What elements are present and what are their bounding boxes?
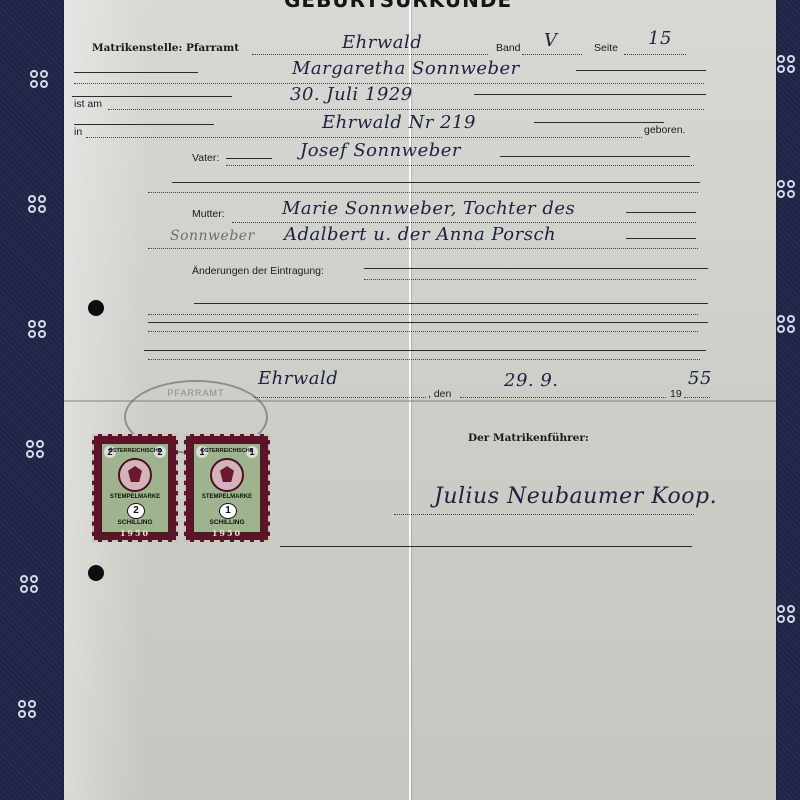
label-ist-am: ist am [74, 98, 102, 110]
certificate-paper: GEBURTSURKUNDE Matrikenstelle: Pfarramt … [64, 0, 776, 800]
flower-pattern-icon [777, 605, 799, 627]
flower-pattern-icon [777, 180, 799, 202]
strike-line [626, 212, 696, 213]
field-birth-date: 30. Juli 1929 [290, 84, 413, 105]
field-line [148, 248, 698, 249]
field-line [364, 279, 696, 280]
strike-line [74, 72, 198, 73]
field-line [86, 137, 642, 138]
flower-pattern-icon [20, 575, 42, 597]
strike-line [194, 303, 708, 304]
field-line [522, 54, 582, 55]
strike-line [74, 124, 214, 125]
austrian-eagle-icon [118, 458, 152, 492]
label-mutter: Mutter: [192, 208, 225, 220]
label-band: Band [496, 42, 521, 54]
strike-line [534, 122, 664, 123]
field-line [148, 314, 698, 315]
field-seite: 15 [648, 28, 672, 49]
seal-text: PFARRAMT [126, 388, 266, 398]
field-line [684, 397, 710, 398]
field-issue-place: Ehrwald [258, 368, 338, 389]
strike-line [364, 268, 708, 269]
signature-line [394, 514, 694, 515]
field-issue-day-month: 29. 9. [504, 370, 559, 391]
revenue-stamp-1-schilling: 1 1 ÖSTERREICHISCHE STEMPELMARKE 1 SCHIL… [184, 434, 270, 542]
bottom-rule [280, 546, 692, 547]
field-vater: Josef Sonnweber [300, 140, 461, 161]
strike-line [72, 96, 232, 97]
label-den: , den [428, 388, 451, 400]
strike-line [226, 158, 272, 159]
flower-pattern-icon [28, 195, 50, 217]
flower-pattern-icon [28, 320, 50, 342]
field-mutter-line2: Adalbert u. der Anna Porsch [284, 224, 556, 245]
label-geboren: geboren. [644, 124, 685, 136]
punch-hole [88, 565, 104, 581]
flower-pattern-icon [30, 70, 52, 92]
field-line [148, 331, 698, 332]
field-line [148, 192, 698, 193]
strike-line [148, 322, 708, 323]
field-birth-place: Ehrwald Nr 219 [322, 112, 476, 133]
field-line [148, 359, 700, 360]
strike-line [626, 238, 696, 239]
field-issue-year: 55 [688, 368, 712, 389]
austrian-eagle-icon [210, 458, 244, 492]
revenue-stamp-2-schilling: 2 2 ÖSTERREICHISCHE STEMPELMARKE 2 SCHIL… [92, 434, 178, 542]
flower-pattern-icon [777, 315, 799, 337]
field-line [252, 54, 488, 55]
label-in: in [74, 126, 82, 138]
label-aenderungen: Änderungen der Eintragung: [192, 265, 324, 277]
registrar-signature: Julius Neubaumer Koop. [434, 484, 717, 509]
field-band: V [544, 30, 558, 51]
field-line [460, 397, 666, 398]
field-mutter-line1: Marie Sonnweber, Tochter des [282, 198, 575, 219]
strike-line [576, 70, 706, 71]
flower-pattern-icon [18, 700, 40, 722]
field-pfarramt: Ehrwald [342, 32, 422, 53]
label-year-prefix: 19 [670, 388, 682, 400]
field-child-name: Margaretha Sonnweber [292, 58, 520, 79]
label-vater: Vater: [192, 152, 219, 164]
strike-line [474, 94, 706, 95]
field-line [226, 165, 694, 166]
strike-line [144, 350, 706, 351]
field-line [108, 109, 704, 110]
field-mutter-pencil-note: Sonnweber [170, 228, 255, 244]
punch-hole [88, 300, 104, 316]
label-matrikenfuehrer: Der Matrikenführer: [468, 432, 589, 444]
strike-line [172, 182, 700, 183]
document-title: GEBURTSURKUNDE [284, 0, 512, 12]
field-line [254, 397, 426, 398]
flower-pattern-icon [777, 55, 799, 77]
strike-line [500, 156, 690, 157]
label-seite: Seite [594, 42, 618, 54]
field-line [232, 222, 696, 223]
flower-pattern-icon [26, 440, 48, 462]
label-matrikenstelle: Matrikenstelle: Pfarramt [92, 42, 239, 54]
field-line [624, 54, 686, 55]
